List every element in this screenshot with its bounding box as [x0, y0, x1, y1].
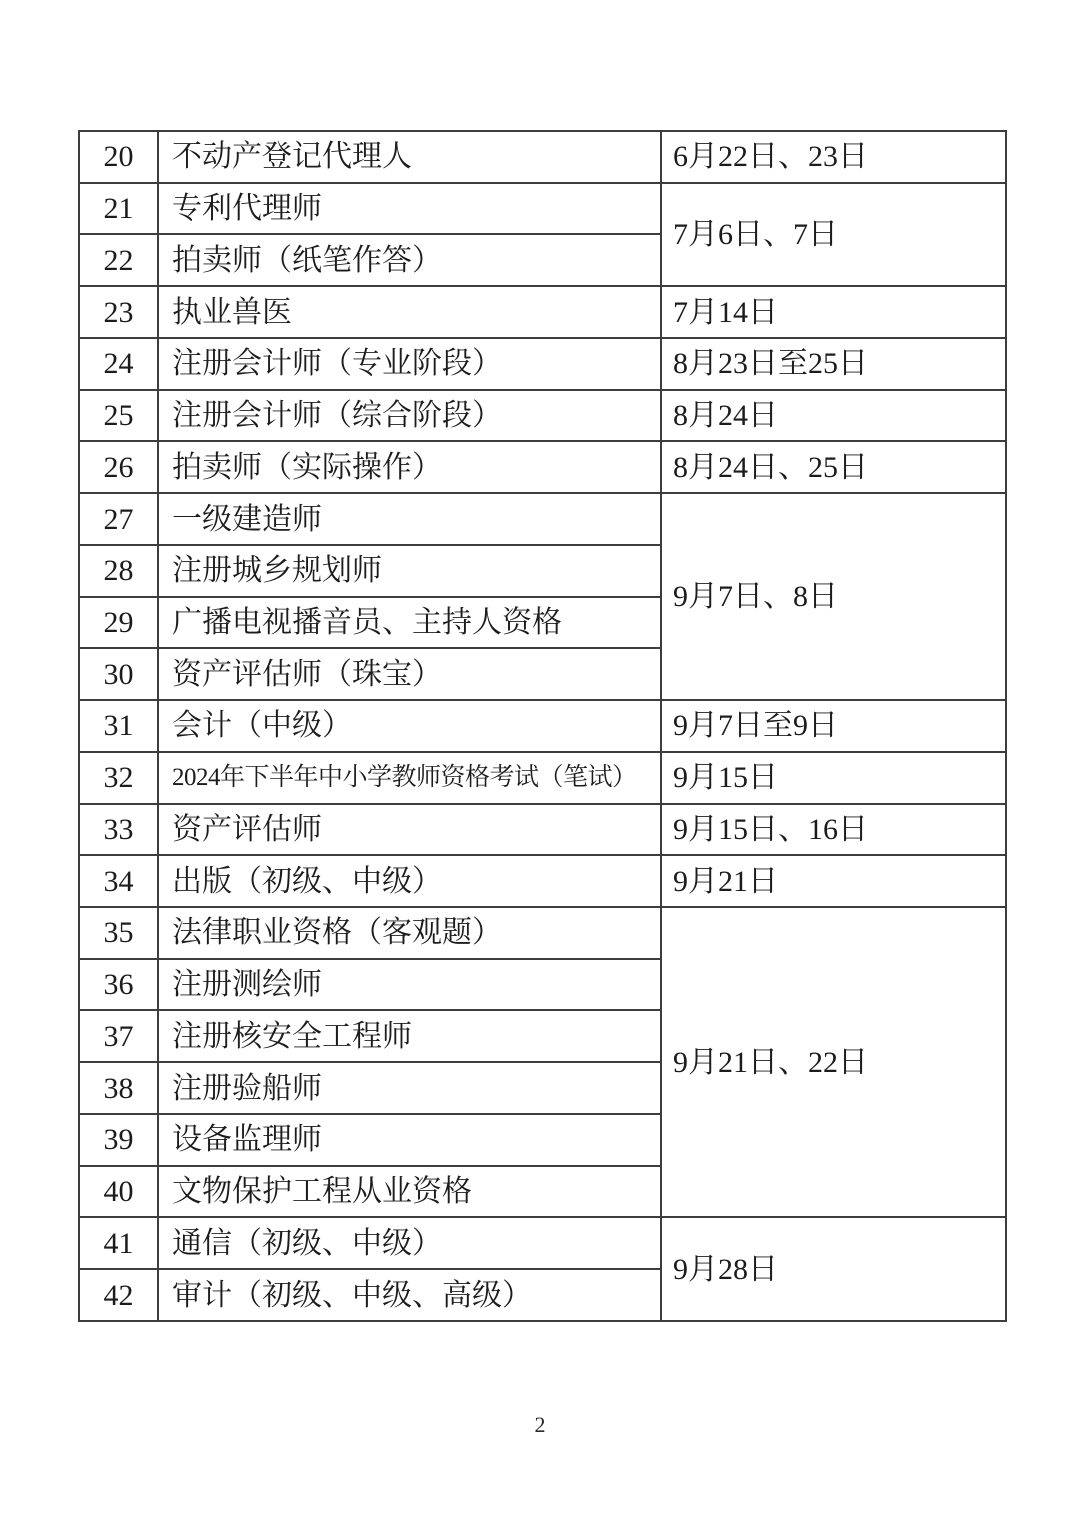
row-number-cell: 28 [79, 545, 158, 597]
row-number-cell: 29 [79, 597, 158, 649]
row-number-cell: 25 [79, 390, 158, 442]
exam-date-cell: 9月7日至9日 [661, 700, 1006, 752]
row-number-cell: 38 [79, 1062, 158, 1114]
row-number-cell: 20 [79, 131, 158, 183]
row-number-cell: 39 [79, 1114, 158, 1166]
exam-name-cell: 注册会计师（综合阶段） [158, 390, 661, 442]
exam-name-cell: 会计（中级） [158, 700, 661, 752]
exam-date-cell: 9月28日 [661, 1217, 1006, 1321]
exam-name-cell: 不动产登记代理人 [158, 131, 661, 183]
row-number-cell: 36 [79, 959, 158, 1011]
exam-name-cell: 2024年下半年中小学教师资格考试（笔试） [158, 752, 661, 804]
exam-name-cell: 资产评估师（珠宝） [158, 648, 661, 700]
exam-schedule-table: 20 不动产登记代理人 6月22日、23日 21 专利代理师 7月6日、7日 2… [78, 130, 1007, 1322]
table-row: 26 拍卖师（实际操作） 8月24日、25日 [79, 441, 1006, 493]
table-row: 24 注册会计师（专业阶段） 8月23日至25日 [79, 338, 1006, 390]
exam-date-cell: 7月14日 [661, 286, 1006, 338]
exam-date-cell: 7月6日、7日 [661, 183, 1006, 286]
table-row: 23 执业兽医 7月14日 [79, 286, 1006, 338]
row-number-cell: 30 [79, 648, 158, 700]
exam-name-cell: 注册城乡规划师 [158, 545, 661, 597]
exam-name-cell: 法律职业资格（客观题） [158, 907, 661, 959]
row-number-cell: 27 [79, 493, 158, 545]
exam-name-cell: 注册会计师（专业阶段） [158, 338, 661, 390]
table-row: 31 会计（中级） 9月7日至9日 [79, 700, 1006, 752]
exam-name-cell: 审计（初级、中级、高级） [158, 1269, 661, 1321]
row-number-cell: 24 [79, 338, 158, 390]
table-row: 21 专利代理师 7月6日、7日 [79, 183, 1006, 235]
exam-name-cell: 注册测绘师 [158, 959, 661, 1011]
table-row: 34 出版（初级、中级） 9月21日 [79, 855, 1006, 907]
row-number-cell: 37 [79, 1010, 158, 1062]
row-number-cell: 42 [79, 1269, 158, 1321]
table-row: 41 通信（初级、中级） 9月28日 [79, 1217, 1006, 1269]
exam-name-cell: 文物保护工程从业资格 [158, 1166, 661, 1218]
exam-date-cell: 9月7日、8日 [661, 493, 1006, 700]
exam-name-cell: 拍卖师（实际操作） [158, 441, 661, 493]
exam-date-cell: 8月24日、25日 [661, 441, 1006, 493]
exam-date-cell: 6月22日、23日 [661, 131, 1006, 183]
exam-date-cell: 9月15日、16日 [661, 804, 1006, 856]
exam-name-cell: 通信（初级、中级） [158, 1217, 661, 1269]
table-row: 35 法律职业资格（客观题） 9月21日、22日 [79, 907, 1006, 959]
exam-date-cell: 8月24日 [661, 390, 1006, 442]
page-number: 2 [0, 1412, 1080, 1438]
row-number-cell: 33 [79, 804, 158, 856]
row-number-cell: 34 [79, 855, 158, 907]
table-row: 33 资产评估师 9月15日、16日 [79, 804, 1006, 856]
row-number-cell: 23 [79, 286, 158, 338]
table-row: 20 不动产登记代理人 6月22日、23日 [79, 131, 1006, 183]
exam-name-cell: 专利代理师 [158, 183, 661, 235]
row-number-cell: 32 [79, 752, 158, 804]
table-row: 27 一级建造师 9月7日、8日 [79, 493, 1006, 545]
exam-date-cell: 9月21日、22日 [661, 907, 1006, 1217]
exam-name-cell: 广播电视播音员、主持人资格 [158, 597, 661, 649]
exam-name-cell: 设备监理师 [158, 1114, 661, 1166]
exam-name-cell: 执业兽医 [158, 286, 661, 338]
row-number-cell: 26 [79, 441, 158, 493]
exam-date-cell: 8月23日至25日 [661, 338, 1006, 390]
exam-date-cell: 9月15日 [661, 752, 1006, 804]
exam-name-cell: 资产评估师 [158, 804, 661, 856]
exam-date-cell: 9月21日 [661, 855, 1006, 907]
exam-name-cell: 一级建造师 [158, 493, 661, 545]
table-row: 25 注册会计师（综合阶段） 8月24日 [79, 390, 1006, 442]
document-page: 20 不动产登记代理人 6月22日、23日 21 专利代理师 7月6日、7日 2… [0, 0, 1080, 1527]
row-number-cell: 22 [79, 234, 158, 286]
exam-name-cell: 出版（初级、中级） [158, 855, 661, 907]
exam-name-cell: 拍卖师（纸笔作答） [158, 234, 661, 286]
row-number-cell: 21 [79, 183, 158, 235]
row-number-cell: 40 [79, 1166, 158, 1218]
row-number-cell: 41 [79, 1217, 158, 1269]
table-row: 32 2024年下半年中小学教师资格考试（笔试） 9月15日 [79, 752, 1006, 804]
row-number-cell: 31 [79, 700, 158, 752]
exam-name-cell: 注册验船师 [158, 1062, 661, 1114]
exam-name-cell: 注册核安全工程师 [158, 1010, 661, 1062]
row-number-cell: 35 [79, 907, 158, 959]
